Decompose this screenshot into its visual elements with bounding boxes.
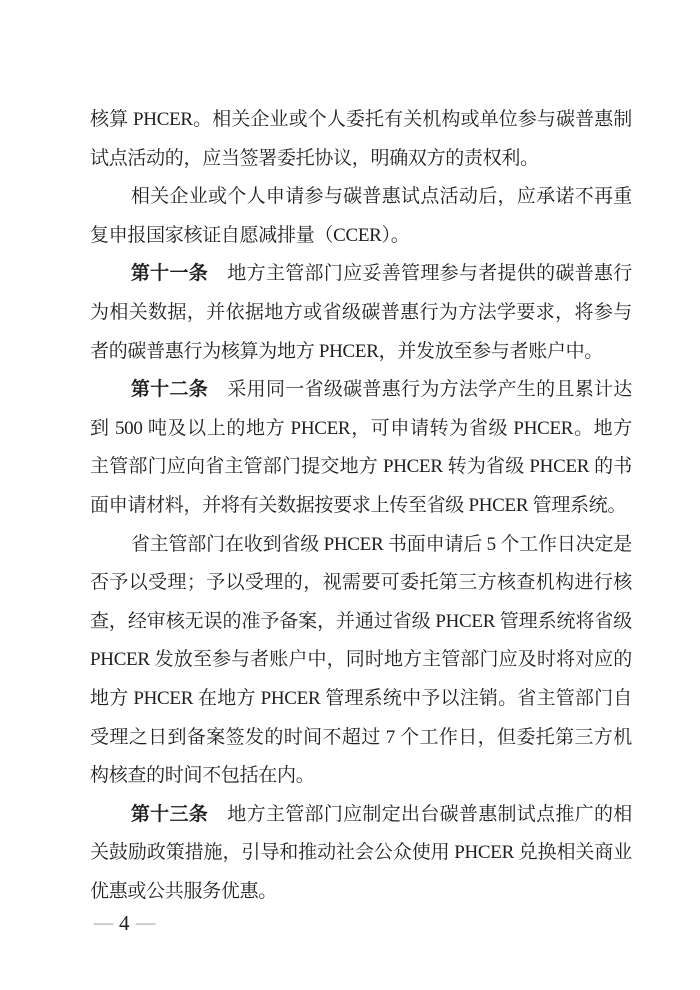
text-line: 构核查的时间不包括在内。 bbox=[90, 757, 632, 796]
text-line: 地方 PHCER 在地方 PHCER 管理系统中予以注销。省主管部门自 bbox=[90, 680, 632, 719]
text-line: 面申请材料，并将有关数据按要求上传至省级 PHCER 管理系统。 bbox=[90, 487, 632, 526]
text-line: 优惠或公共服务优惠。 bbox=[90, 873, 632, 912]
page-number: — 4 — bbox=[95, 908, 154, 938]
text-line: 核算 PHCER。相关企业或个人委托有关机构或单位参与碳普惠制 bbox=[90, 101, 632, 140]
article-number: 第十二条 bbox=[131, 379, 208, 400]
text-line: 复申报国家核证自愿减排量（CCER）。 bbox=[90, 217, 632, 256]
text-line: 否予以受理；予以受理的，视需要可委托第三方核查机构进行核 bbox=[90, 564, 632, 603]
text-line: 为相关数据，并依据地方或省级碳普惠行为方法学要求，将参与 bbox=[90, 294, 632, 333]
page-number-dash-right: — bbox=[135, 913, 155, 933]
text-line: PHCER 发放至参与者账户中，同时地方主管部门应及时将对应的 bbox=[90, 641, 632, 680]
document-page: 核算 PHCER。相关企业或个人委托有关机构或单位参与碳普惠制试点活动的，应当签… bbox=[0, 0, 700, 990]
article-line: 第十一条 地方主管部门应妥善管理参与者提供的碳普惠行 bbox=[90, 255, 632, 294]
text-line: 者的碳普惠行为核算为地方 PHCER，并发放至参与者账户中。 bbox=[90, 333, 632, 372]
text-line: 主管部门应向省主管部门提交地方 PHCER 转为省级 PHCER 的书 bbox=[90, 448, 632, 487]
text-line: 到 500 吨及以上的地方 PHCER，可申请转为省级 PHCER。地方 bbox=[90, 410, 632, 449]
text-line: 查，经审核无误的准予备案，并通过省级 PHCER 管理系统将省级 bbox=[90, 603, 632, 642]
article-number: 第十一条 bbox=[131, 263, 208, 284]
article-line: 第十三条 地方主管部门应制定出台碳普惠制试点推广的相 bbox=[90, 796, 632, 835]
article-line: 第十二条 采用同一省级碳普惠行为方法学产生的且累计达 bbox=[90, 371, 632, 410]
text-line: 试点活动的，应当签署委托协议，明确双方的责权利。 bbox=[90, 140, 632, 179]
page-number-dash-left: — bbox=[94, 913, 114, 933]
text-line: 相关企业或个人申请参与碳普惠试点活动后，应承诺不再重 bbox=[90, 178, 632, 217]
text-line: 省主管部门在收到省级 PHCER 书面申请后 5 个工作日决定是 bbox=[90, 526, 632, 565]
text-line: 关鼓励政策措施，引导和推动社会公众使用 PHCER 兑换相关商业 bbox=[90, 834, 632, 873]
article-number: 第十三条 bbox=[131, 804, 208, 825]
text-line: 受理之日到备案签发的时间不超过 7 个工作日，但委托第三方机 bbox=[90, 719, 632, 758]
document-body: 核算 PHCER。相关企业或个人委托有关机构或单位参与碳普惠制试点活动的，应当签… bbox=[90, 101, 632, 911]
page-number-value: 4 bbox=[119, 911, 130, 936]
